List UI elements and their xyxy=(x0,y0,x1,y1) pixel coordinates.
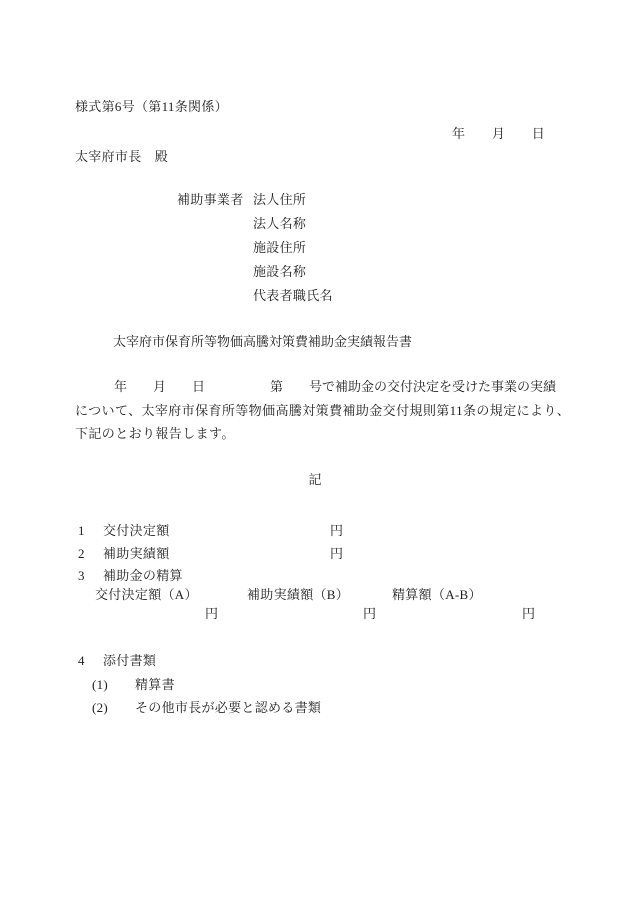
document-page: 様式第6号（第11条関係） 年 月 日 太宰府市長 殿 補助事業者 法人住所 法… xyxy=(0,0,630,903)
date-line: 年 月 日 xyxy=(452,126,545,141)
applicant-field-facility-address: 施設住所 xyxy=(253,240,306,255)
settlement-unit-3: 円 xyxy=(522,606,535,621)
body-line-2: について、太宰府市保育所等物価高騰対策費補助金交付規則第11条の規定により、 xyxy=(75,403,570,418)
item-2-unit: 円 xyxy=(330,546,343,561)
settlement-col-balance: 精算額（A-B） xyxy=(392,587,482,602)
applicant-field-corporate-address: 法人住所 xyxy=(253,192,306,207)
attachment-1-number: (1) xyxy=(92,677,108,692)
item-4-number: 4 xyxy=(78,653,85,668)
attachment-2-number: (2) xyxy=(92,700,108,715)
item-2-label: 補助実績額 xyxy=(103,546,170,561)
item-4-label: 添付書類 xyxy=(103,653,156,668)
attachment-1-label: 精算書 xyxy=(135,677,175,692)
body-line-3: 下記のとおり報告します。 xyxy=(75,426,235,441)
report-title: 太宰府市保育所等物価高騰対策費補助金実績報告書 xyxy=(113,334,412,349)
settlement-unit-1: 円 xyxy=(205,606,218,621)
settlement-col-actual-amount: 補助実績額（B） xyxy=(247,587,349,602)
addressee: 太宰府市長 殿 xyxy=(75,149,168,164)
item-2-number: 2 xyxy=(78,546,85,561)
settlement-col-decided-amount: 交付決定額（A） xyxy=(95,587,198,602)
ki-heading: 記 xyxy=(0,472,630,487)
applicant-label: 補助事業者 xyxy=(177,192,244,207)
applicant-field-representative: 代表者職氏名 xyxy=(253,288,333,303)
attachment-2-label: その他市長が必要と認める書類 xyxy=(135,700,321,715)
item-1-unit: 円 xyxy=(330,523,343,538)
settlement-unit-2: 円 xyxy=(363,606,376,621)
body-line-1: 年 月 日 第 号で補助金の交付決定を受けた事業の実績 xyxy=(75,379,556,394)
item-3-number: 3 xyxy=(78,568,85,583)
item-1-label: 交付決定額 xyxy=(103,523,170,538)
applicant-field-corporate-name: 法人名称 xyxy=(253,216,306,231)
applicant-field-facility-name: 施設名称 xyxy=(253,264,306,279)
item-1-number: 1 xyxy=(78,523,85,538)
form-number: 様式第6号（第11条関係） xyxy=(75,99,228,114)
item-3-label: 補助金の精算 xyxy=(103,568,183,583)
